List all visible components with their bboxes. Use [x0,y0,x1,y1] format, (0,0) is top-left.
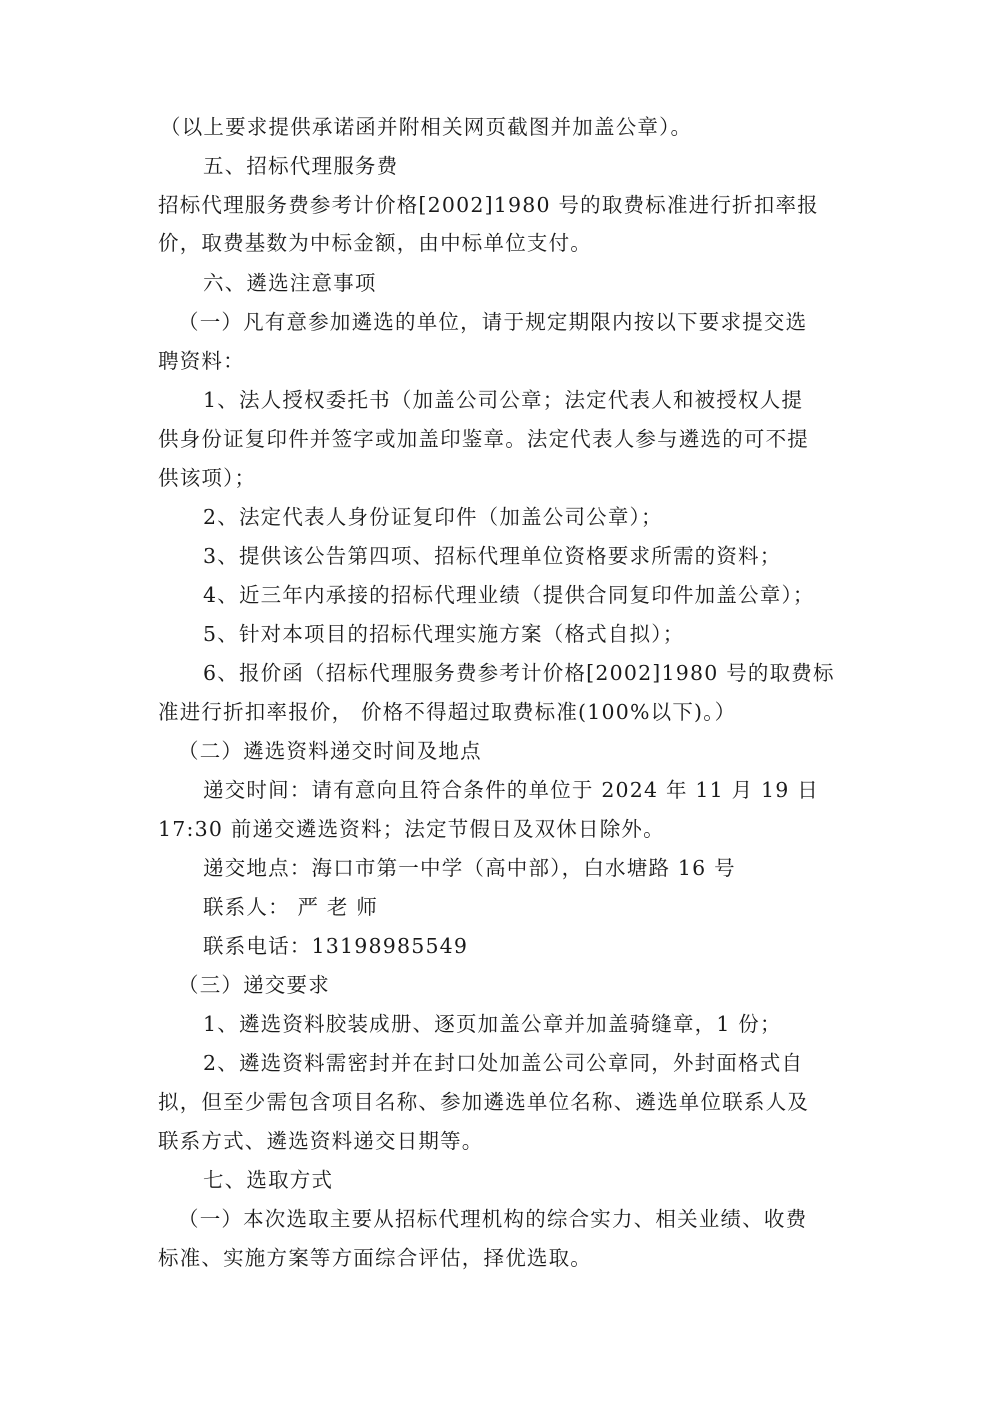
text-line-list-item: 5、针对本项目的招标代理实施方案（格式自拟）； [203,620,684,648]
text-line-list-item: 2、遴选资料需密封并在封口处加盖公司公章同，外封面格式自 [203,1049,803,1077]
text-line-paragraph: 联系方式、遴选资料递交日期等。 [158,1127,484,1155]
text-line-paragraph: 准进行折扣率报价， 价格不得超过取费标准(100%以下)。） [158,698,736,726]
text-line-paragraph: （以上要求提供承诺函并附相关网页截图并加盖公章）。 [160,113,692,141]
document-page: （以上要求提供承诺函并附相关网页截图并加盖公章）。五、招标代理服务费招标代理服务… [0,0,1000,1415]
text-line-paragraph: 标准、实施方案等方面综合评估，择优选取。 [158,1244,592,1272]
text-line-paragraph: 价，取费基数为中标金额，由中标单位支付。 [158,229,592,257]
text-line-section-heading: 六、遴选注意事项 [203,269,377,297]
text-line-paragraph: 供身份证复印件并签字或加盖印鉴章。法定代表人参与遴选的可不提 [158,425,809,453]
text-line-paragraph: 招标代理服务费参考计价格[2002]1980 号的取费标准进行折扣率报 [158,191,819,219]
text-line-paragraph: 17:30 前递交遴选资料；法定节假日及双休日除外。 [158,815,665,843]
text-line-paragraph: 拟，但至少需包含项目名称、参加遴选单位名称、遴选单位联系人及 [158,1088,809,1116]
text-line-subsection: （三）递交要求 [178,971,330,999]
text-line-list-item: 6、报价函（招标代理服务费参考计价格[2002]1980 号的取费标 [203,659,835,687]
text-line-section-heading: 五、招标代理服务费 [203,152,398,180]
text-line-paragraph: 聘资料： [158,347,245,375]
text-line-subsection: （二）遴选资料递交时间及地点 [178,737,482,765]
text-line-paragraph: 供该项）； [158,464,256,492]
text-line-list-item: 4、近三年内承接的招标代理业绩（提供合同复印件加盖公章）； [203,581,815,609]
text-line-list-item: 1、遴选资料胶装成册、逐页加盖公章并加盖骑缝章，1 份； [203,1010,782,1038]
text-line-paragraph: 联系人： 严 老 师 [203,893,378,921]
text-line-subsection: （一）凡有意参加遴选的单位，请于规定期限内按以下要求提交选 [178,308,807,336]
text-line-section-heading: 七、选取方式 [203,1166,333,1194]
text-line-paragraph: 联系电话：13198985549 [203,932,468,960]
text-line-list-item: 3、提供该公告第四项、招标代理单位资格要求所需的资料； [203,542,781,570]
text-line-subsection: （一）本次选取主要从招标代理机构的综合实力、相关业绩、收费 [178,1205,807,1233]
text-line-paragraph: 递交地点：海口市第一中学（高中部），白水塘路 16 号 [203,854,736,882]
text-line-paragraph: 递交时间：请有意向且符合条件的单位于 2024 年 11 月 19 日 [203,776,819,804]
text-line-list-item: 1、法人授权委托书（加盖公司公章；法定代表人和被授权人提 [203,386,803,414]
text-line-list-item: 2、法定代表人身份证复印件（加盖公司公章）； [203,503,663,531]
